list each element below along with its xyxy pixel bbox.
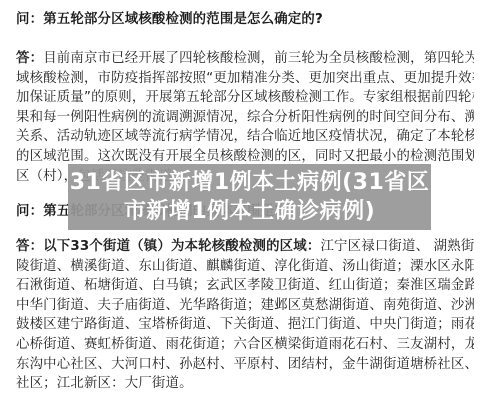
question-label: 问： [16,204,43,219]
answer-line: 中华门街道、夫子庙街道、光华路街道；建邺区莫愁湖街道、南苑街道、沙洲街道； [16,296,474,316]
answer-line: 答：目前南京市已经开展了四轮核酸检测，前三轮为全员核酸检测，第四轮为部分区 [16,49,474,69]
answer-label: 答： [16,239,43,254]
headline-line-2: 市新增1例本土确诊病例) [124,197,375,226]
answer-line: 陵街道、横溪街道、东山街道、麒麟街道、淳化街道、汤山街道；溧水区永阳街道、 [16,257,474,277]
answer-label: 答： [16,51,43,66]
answer-line: 东沟中心社区、大河口村、孙赵村、平原村、团结村，金牛湖街道塘桥社区、峨嵋山 [16,355,474,375]
answer-line: 石湫街道、柘塘街道、白马镇；玄武区孝陵卫街道、红山街道；秦淮区瑞金路街道、 [16,276,474,296]
headline-line-1: 31省区市新增1例本土病例(31省区 [70,168,430,197]
question-label: 问： [16,12,43,27]
answer-line: 答：以下33个街道（镇）为本轮核酸检测的区域：江宁区禄口街道、 湖熟街道、秣 [16,237,474,257]
answer-line: 域核酸检测，市防疫指挥部按照“更加精准分类、更加突出重点、更加提升效率、更 [16,69,474,89]
answer-line: 果和每一例阳性病例的流调溯源情况，综合分析阳性病例的时间空间分布、溯源代际 [16,108,474,128]
answer-2: 答：以下33个街道（镇）为本轮核酸检测的区域：江宁区禄口街道、 湖熟街道、秣 陵… [16,237,474,394]
answer-line: 加保证质量”的原则，开展第五轮部分区域核酸检测工作。专家组根据前四轮检测结 [16,88,474,108]
headline-overlay: 31省区市新增1例本土病例(31省区 市新增1例本土确诊病例) [68,164,431,230]
question-text: 第五轮部分区域核酸检测的范围是怎么确定的? [43,12,323,27]
answer-line: 心桥街道、赛虹桥街道、雨花街道；六合区横梁街道雨花石村、三友湖村，龙袍街道 [16,335,474,355]
answer-line: 社区；江北新区：大厂街道。 [16,374,474,394]
answer-line: 关系、活动轨迹区域等流行病学情况，结合临近地区疫情状况，确定了本轮核酸检测 [16,127,474,147]
answer-lead: 以下33个街道（镇）为本轮核酸检测的区域： [43,239,320,254]
question-1: 问：第五轮部分区域核酸检测的范围是怎么确定的? [16,10,474,30]
answer-line: 鼓楼区建宁路街道、宝塔桥街道、下关街道、挹江门街道、中央门街道；雨花台区铁 [16,315,474,335]
